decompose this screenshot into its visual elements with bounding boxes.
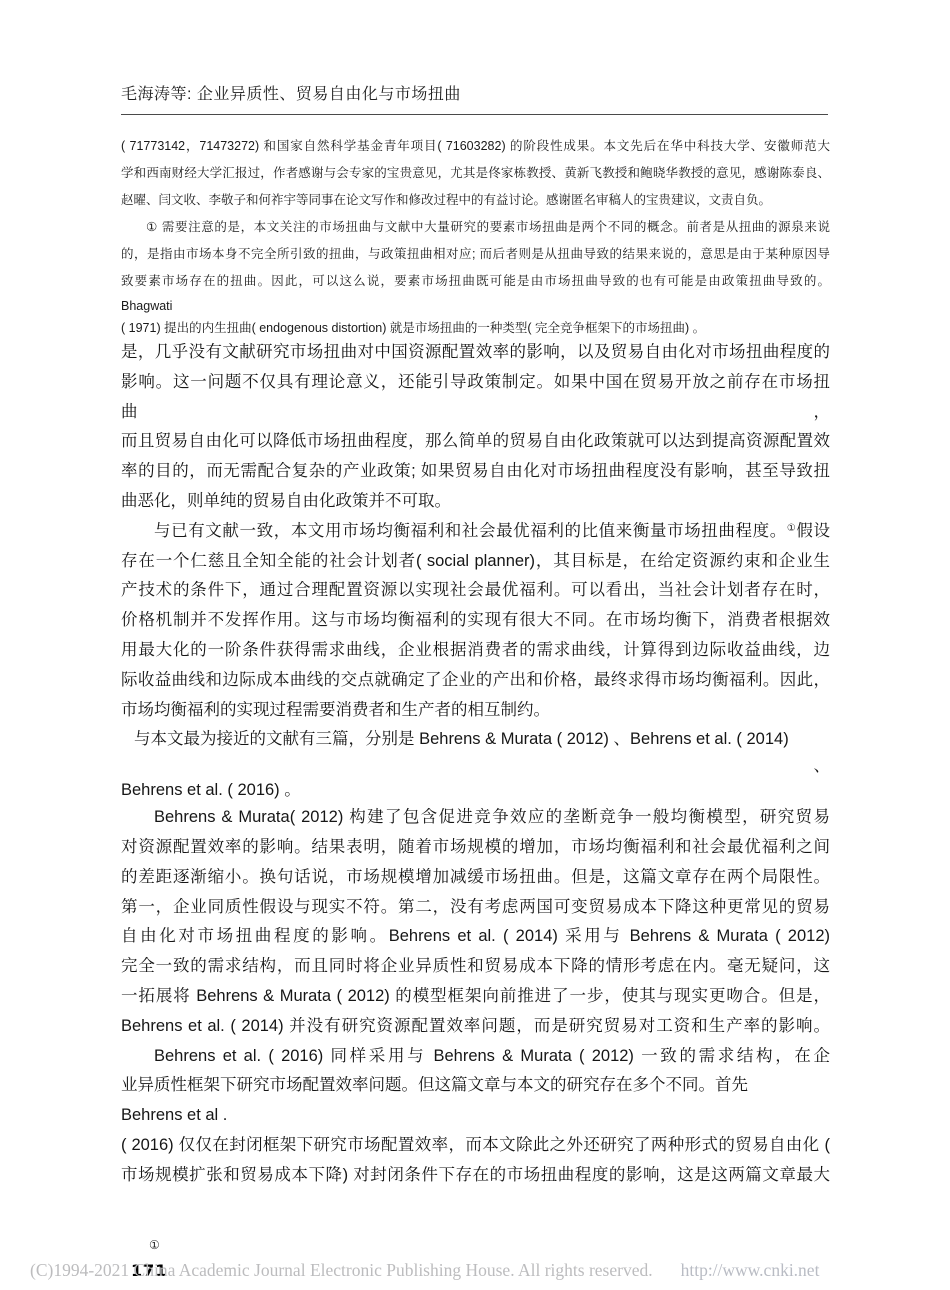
body-line: 与本文最为接近的文献有三篇，分别是 Behrens & Murata ( 201…: [121, 725, 830, 755]
body-line: Behrens et al. ( 2016) 同样采用与 Behrens & M…: [121, 1042, 830, 1072]
body-line: 对资源配置效率的影响。结果表明，随着市场规模的增加，市场均衡福利和社会最优福利之…: [121, 833, 830, 863]
body-line: 与已有文献一致，本文用市场均衡福利和社会最优福利的比值来衡量市场扭曲程度。①假设: [121, 517, 830, 547]
body-line: 的差距逐渐缩小。换句话说，市场规模增加减缓市场扭曲。但是，这篇文章存在两个局限性…: [121, 863, 830, 893]
body-line: 第一，企业同质性假设与现实不符。第二，没有考虑两国可变贸易成本下降这种更常见的贸…: [121, 893, 830, 923]
body-line: Behrens et al. ( 2016) 。: [121, 777, 830, 803]
body-line: 业异质性框架下研究市场配置效率问题。但这篇文章与本文的研究存在多个不同。首先: [121, 1071, 830, 1101]
watermark-text: (C)1994-2021 China Academic Journal Elec…: [30, 1260, 653, 1280]
footnote-line: 学和西南财经大学汇报过，作者感谢与会专家的宝贵意见，尤其是佟家栋教授、黄新飞教授…: [121, 160, 830, 187]
body-line: 一拓展将 Behrens & Murata ( 2012) 的模型框架向前推进了…: [121, 982, 830, 1012]
body-line: 而且贸易自由化可以降低市场扭曲程度，那么简单的贸易自由化政策就可以达到提高资源配…: [121, 427, 830, 457]
body-line: 、: [121, 755, 830, 777]
bottom-footnote-mark: ①: [149, 1238, 160, 1252]
footnote-line: 赵曜、闫文收、李敬子和何祚宇等同事在论文写作和修改过程中的有益讨论。感谢匿名审稿…: [121, 187, 830, 214]
body-line: 价格机制并不发挥作用。这与市场均衡福利的实现有很大不同。在市场均衡下，消费者根据…: [121, 606, 830, 636]
footnote-block: ( 71773142，71473272) 和国家自然科学基金青年项目( 7160…: [121, 133, 830, 339]
footnote-line: ( 71773142，71473272) 和国家自然科学基金青年项目( 7160…: [121, 133, 830, 160]
body-line: 曲恶化，则单纯的贸易自由化政策并不可取。: [121, 487, 830, 517]
body-line: 自由化对市场扭曲程度的影响。Behrens et al. ( 2014) 采用与…: [121, 922, 830, 952]
running-header: 毛海涛等: 企业异质性、贸易自由化与市场扭曲: [121, 85, 830, 104]
body-line: Behrens & Murata( 2012) 构建了包含促进竞争效应的垄断竞争…: [121, 803, 830, 833]
body-line: 影响。这一问题不仅具有理论意义，还能引导政策制定。如果中国在贸易开放之前存在市场…: [121, 368, 830, 428]
body-line: 完全一致的需求结构，而且同时将企业异质性和贸易成本下降的情形考虑在内。毫无疑问，…: [121, 952, 830, 982]
paper-page: { "header": { "title": "毛海涛等: 企业异质性、贸易自由…: [0, 0, 950, 1290]
watermark-url: http://www.cnki.net: [681, 1260, 820, 1280]
body-line: 是，几乎没有文献研究市场扭曲对中国资源配置效率的影响，以及贸易自由化对市场扭曲程…: [121, 338, 830, 368]
footnote-line: 致要素市场存在的扭曲。因此，可以这么说，要素市场扭曲既可能是由市场扭曲导致的也有…: [121, 268, 830, 295]
body-text-block: 是，几乎没有文献研究市场扭曲对中国资源配置效率的影响，以及贸易自由化对市场扭曲程…: [121, 338, 830, 1191]
body-line: 市场规模扩张和贸易成本下降) 对封闭条件下存在的市场扭曲程度的影响，这是这两篇文…: [121, 1161, 830, 1191]
body-line: ( 2016) 仅仅在封闭框架下研究市场配置效率，而本文除此之外还研究了两种形式…: [121, 1131, 830, 1161]
footnote-line: Bhagwati: [121, 295, 830, 317]
watermark: (C)1994-2021 China Academic Journal Elec…: [30, 1260, 930, 1281]
body-line: 用最大化的一阶条件获得需求曲线，企业根据消费者的需求曲线，计算得到边际收益曲线，…: [121, 636, 830, 666]
body-line: 产技术的条件下，通过合理配置资源以实现社会最优福利。可以看出，当社会计划者存在时…: [121, 576, 830, 606]
footnote-line: ( 1971) 提出的内生扭曲( endogenous distortion) …: [121, 317, 830, 339]
body-line: Behrens et al. ( 2014) 并没有研究资源配置效率问题，而是研…: [121, 1012, 830, 1042]
header-rule: [121, 114, 828, 115]
body-line: 际收益曲线和边际成本曲线的交点就确定了企业的产出和价格，最终求得市场均衡福利。因…: [121, 666, 830, 696]
body-line: 率的目的，而无需配合复杂的产业政策; 如果贸易自由化对市场扭曲程度没有影响，甚至…: [121, 457, 830, 487]
footnote-line: ① 需要注意的是，本文关注的市场扭曲与文献中大量研究的要素市场扭曲是两个不同的概…: [121, 214, 830, 241]
body-line: Behrens et al .: [121, 1101, 830, 1131]
footnote-line: 的，是指由市场本身不完全所引致的扭曲，与政策扭曲相对应; 而后者则是从扭曲导致的…: [121, 241, 830, 268]
body-line: 市场均衡福利的实现过程需要消费者和生产者的相互制约。: [121, 696, 830, 726]
footnote-ref-mark: ①: [787, 523, 797, 534]
body-line: 存在一个仁慈且全知全能的社会计划者( social planner)，其目标是，…: [121, 547, 830, 577]
